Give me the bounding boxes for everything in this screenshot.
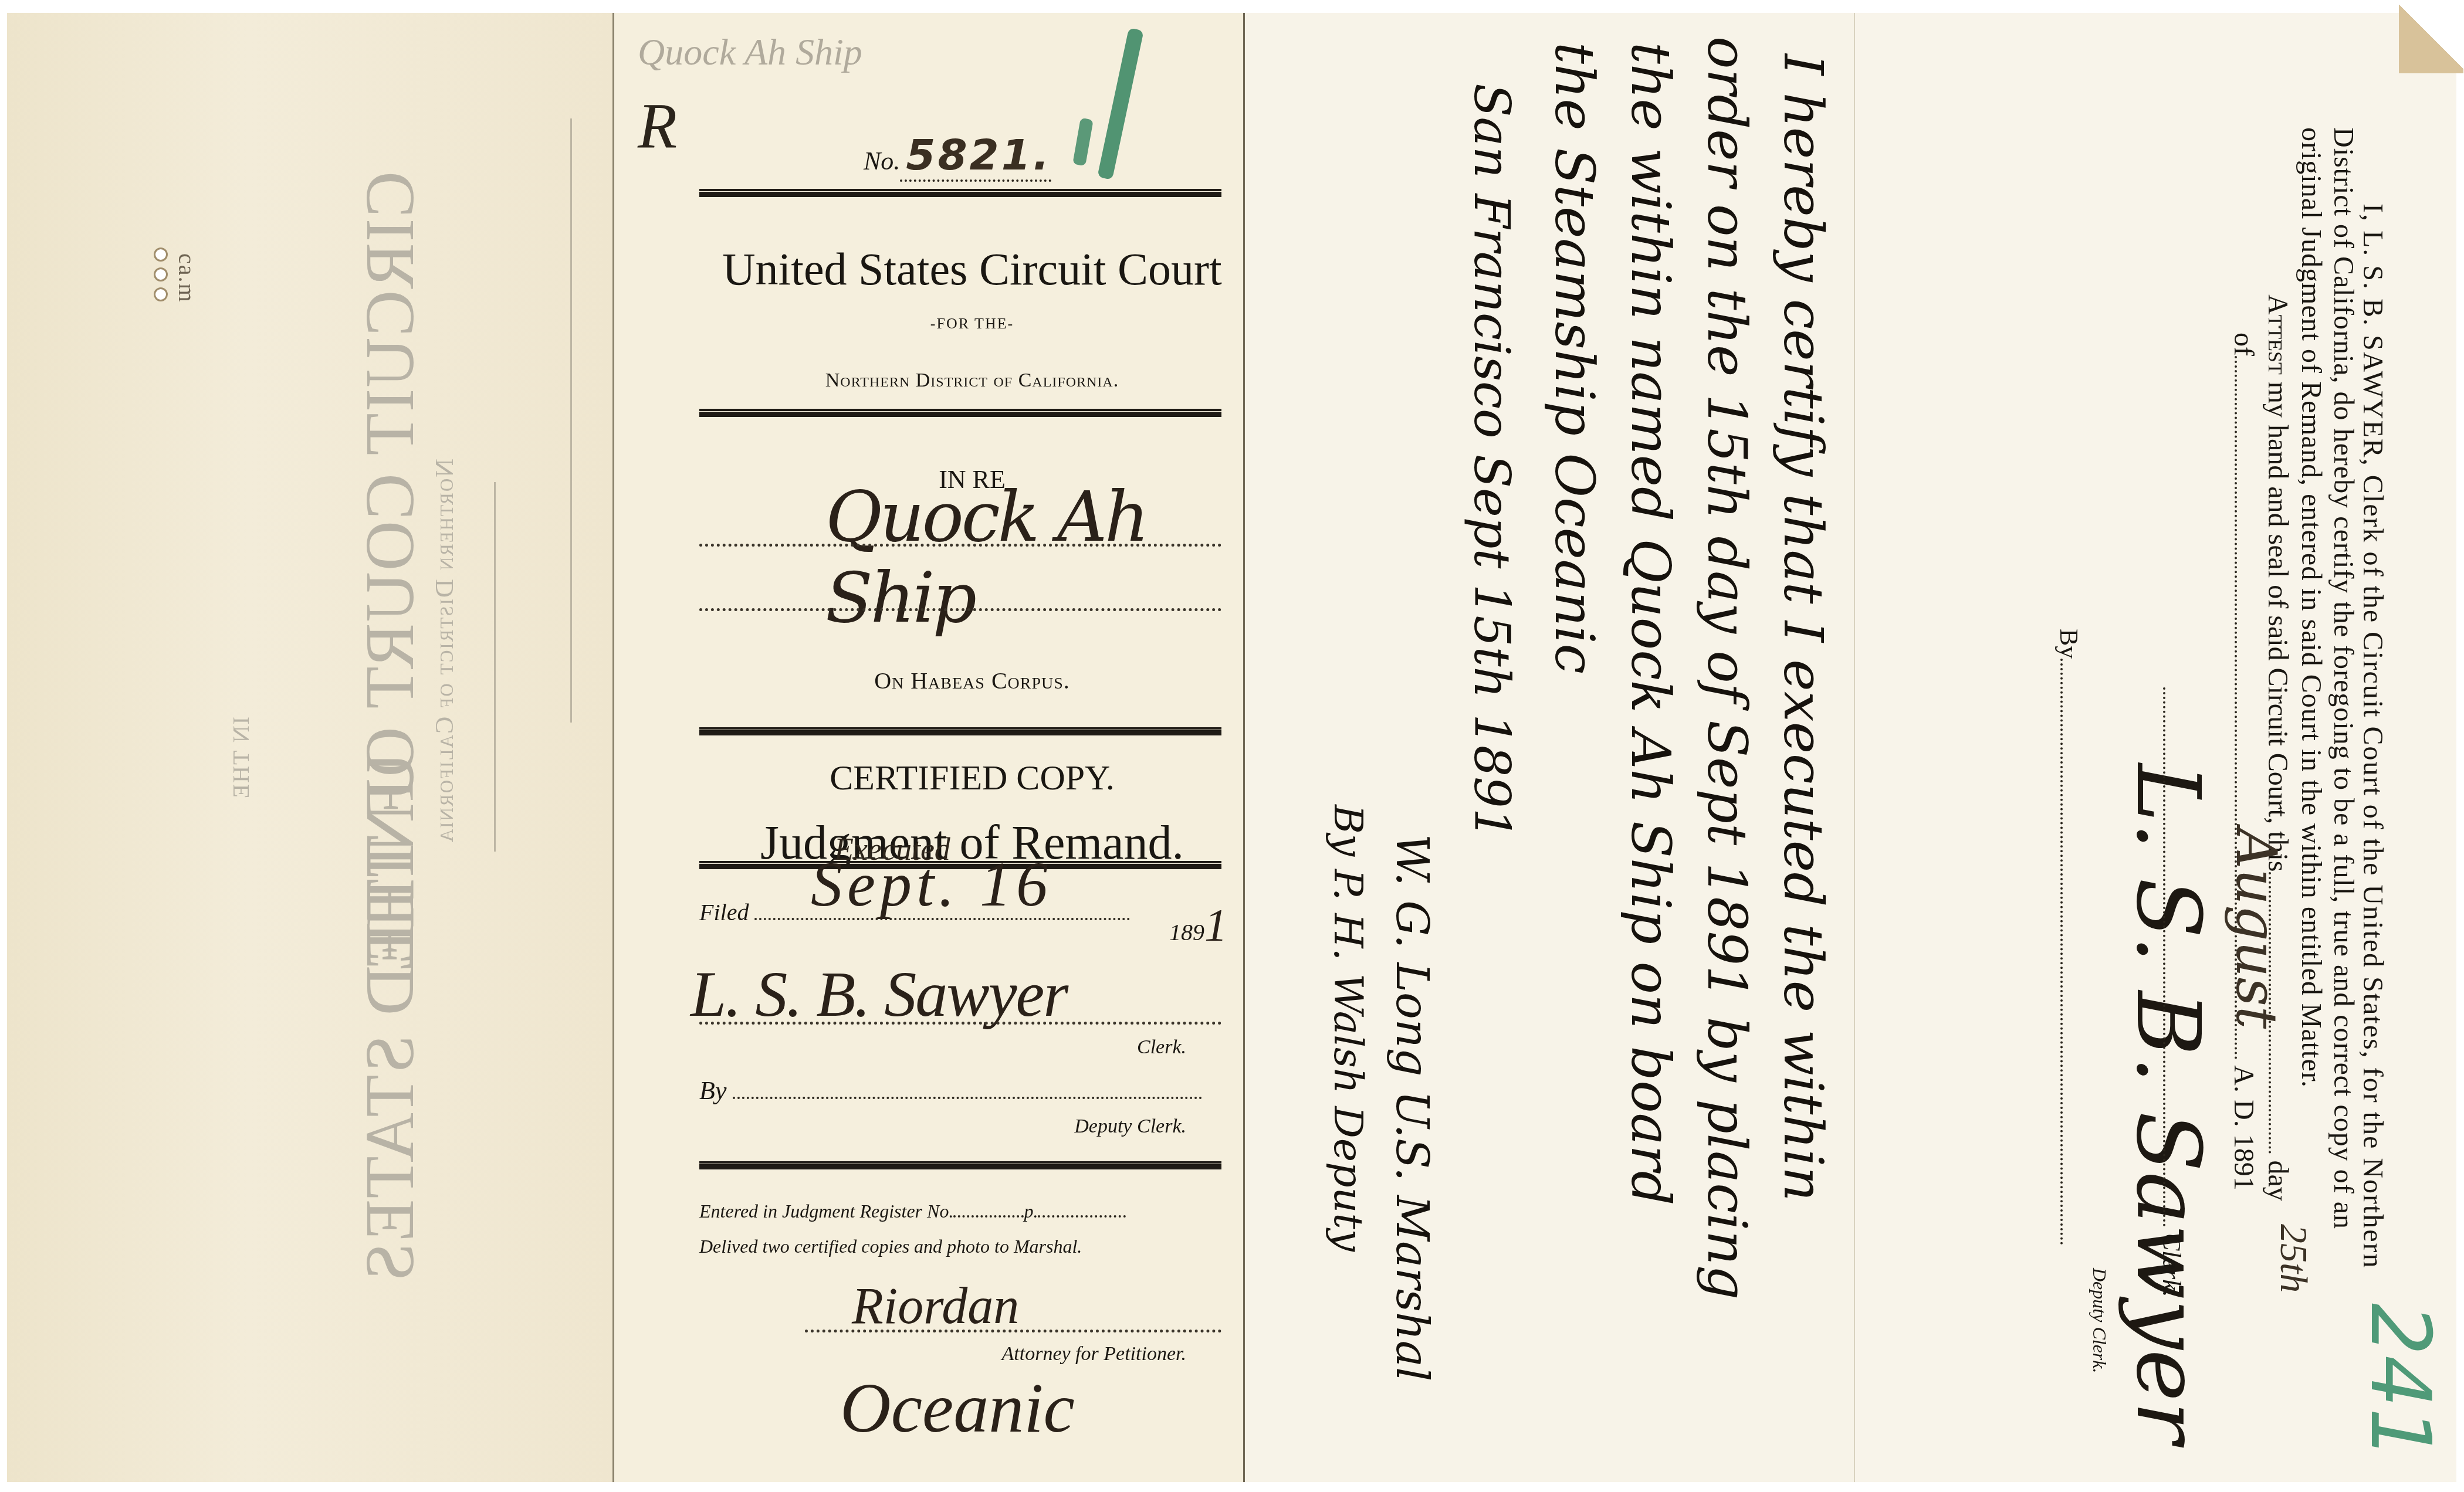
docket-cover-panel: Quock Ah Ship R No.5821. United States C… (614, 13, 1245, 1482)
clerk-line: Clerk. (2157, 687, 2187, 1297)
filed-year-printed: 189 (1169, 919, 1204, 945)
clerk-certificate-panel: I, L. S. B. SAWYER, Clerk of the Circuit… (1855, 13, 2456, 1482)
faint-pencil-note: Quock Ah Ship (638, 30, 862, 74)
day-label: day (2262, 1161, 2293, 1201)
folded-corner (2399, 0, 2463, 73)
green-crayon-mark (1072, 118, 1094, 167)
attest-label: Attest (2262, 294, 2293, 375)
docket-number-value: 5821. (906, 130, 1051, 179)
party-dotted-line (699, 608, 1221, 611)
green-crayon-number: 241 (2352, 1303, 2448, 1460)
marshal-return-panel: I hereby certify that I executed the wit… (1245, 13, 1855, 1482)
deputy-clerk-label-certificate: Deputy Clerk. (2089, 1268, 2110, 1374)
attest-line: Attest my hand and seal of said Circuit … (2262, 294, 2294, 1201)
docket-number-field: No.5821. (864, 130, 1051, 182)
district-name: Northern District of California. (676, 369, 1268, 392)
for-the-label: -FOR THE- (676, 315, 1268, 333)
ghost-rule (494, 482, 496, 852)
filed-label: Filed (699, 899, 749, 925)
by-label-certificate: By (2055, 629, 2083, 659)
filed-year-handwritten: 1 (1204, 899, 1227, 950)
certified-copy-label: CERTIFIED COPY. (676, 758, 1268, 798)
return-line-1: I hereby certify that I executed the wit… (1772, 54, 1835, 1201)
of-month-line: of A. D. 1891 (2228, 333, 2260, 1191)
clerk-dotted-line (699, 1022, 1221, 1025)
day-handwritten: 25th (2271, 1224, 2316, 1293)
attest-text: my hand and seal of said Circuit Court, … (2262, 375, 2293, 872)
return-line-2: order on the 15th day of Sept 1891 by pl… (1695, 36, 1758, 1300)
ghost-district: Northern District of California (429, 459, 459, 843)
party-dotted-line (699, 544, 1221, 547)
judgment-register-row: Entered in Judgment Register No.p. (699, 1201, 1126, 1222)
by-row: By (699, 1076, 1227, 1106)
green-crayon-mark (1097, 28, 1143, 180)
punch-holes (154, 242, 168, 307)
year-handwritten: 1 (2228, 1176, 2259, 1191)
double-rule (699, 409, 1221, 417)
certificate-line-1: I, L. S. B. SAWYER, Clerk of the Circuit… (2357, 204, 2389, 1269)
clerk-signature: L. S. B. Sawyer (691, 957, 1067, 1032)
marshal-signature: W. G. Long U.S. Marshal (1386, 834, 1439, 1381)
attorney-dotted-line (805, 1330, 1221, 1332)
return-line-3: the within named Quock Ah Ship on board (1619, 42, 1682, 1205)
register-label: Entered in Judgment Register No. (699, 1201, 953, 1222)
certificate-line-2: District of California, do hereby certif… (2327, 127, 2360, 1229)
certificate-line-3: original Judgment of Remand, entered in … (2295, 127, 2327, 1088)
pencil-initial: R (638, 89, 677, 164)
left-panel-back-cover: CIRCUIT COURT OF THE UNITED STATES North… (7, 13, 614, 1482)
proceeding-type: On Habeas Corpus. (676, 667, 1268, 694)
return-line-4: the Steamship Oceanic (1543, 42, 1606, 674)
party-name-handwritten: Quock Ah Ship (825, 476, 1219, 638)
by-line-certificate: By (2054, 629, 2084, 1245)
attorney-label: Attorney for Petitioner. (1002, 1343, 1186, 1365)
clerk-label: Clerk. (1137, 1036, 1186, 1059)
double-rule (699, 1161, 1221, 1169)
attorney-signature: Riordan (852, 1277, 1019, 1336)
ghost-in-the: IN THE (227, 717, 255, 799)
document-sheet: CIRCUIT COURT OF THE UNITED STATES North… (7, 13, 2456, 1482)
delivered-note: Delived two certified copies and photo t… (699, 1236, 1082, 1257)
return-place-date: San Francisco Sept 15th 1891 (1463, 83, 1521, 839)
deputy-signature: By P. H. Walsh Deputy (1325, 805, 1371, 1252)
vessel-name-handwritten: Oceanic (840, 1368, 1075, 1449)
by-dotted-line (733, 1097, 1202, 1099)
of-label: of (2228, 333, 2259, 356)
filed-year: 1891 (1169, 898, 1227, 951)
filed-date-handwritten: Sept. 16 (811, 849, 1052, 921)
register-page-label: p. (1024, 1201, 1038, 1222)
filed-row: Filed Sept. 16 1891 (699, 898, 1227, 926)
double-rule (699, 727, 1221, 735)
month-handwritten: August (2223, 828, 2289, 1029)
by-label: By (699, 1076, 726, 1105)
ghost-rule (570, 118, 572, 723)
ghost-title-united-states: UNITED STATES (350, 752, 430, 1283)
deputy-clerk-label: Deputy Clerk. (1074, 1115, 1186, 1138)
ad-label: A. D. 189 (2228, 1065, 2259, 1176)
court-title: United States Circuit Court (676, 243, 1268, 296)
double-rule (699, 189, 1221, 197)
clerk-label-certificate: Clerk. (2157, 1233, 2186, 1297)
pencil-mark: ca.m (173, 253, 201, 303)
docket-number-label: No. (864, 147, 900, 175)
